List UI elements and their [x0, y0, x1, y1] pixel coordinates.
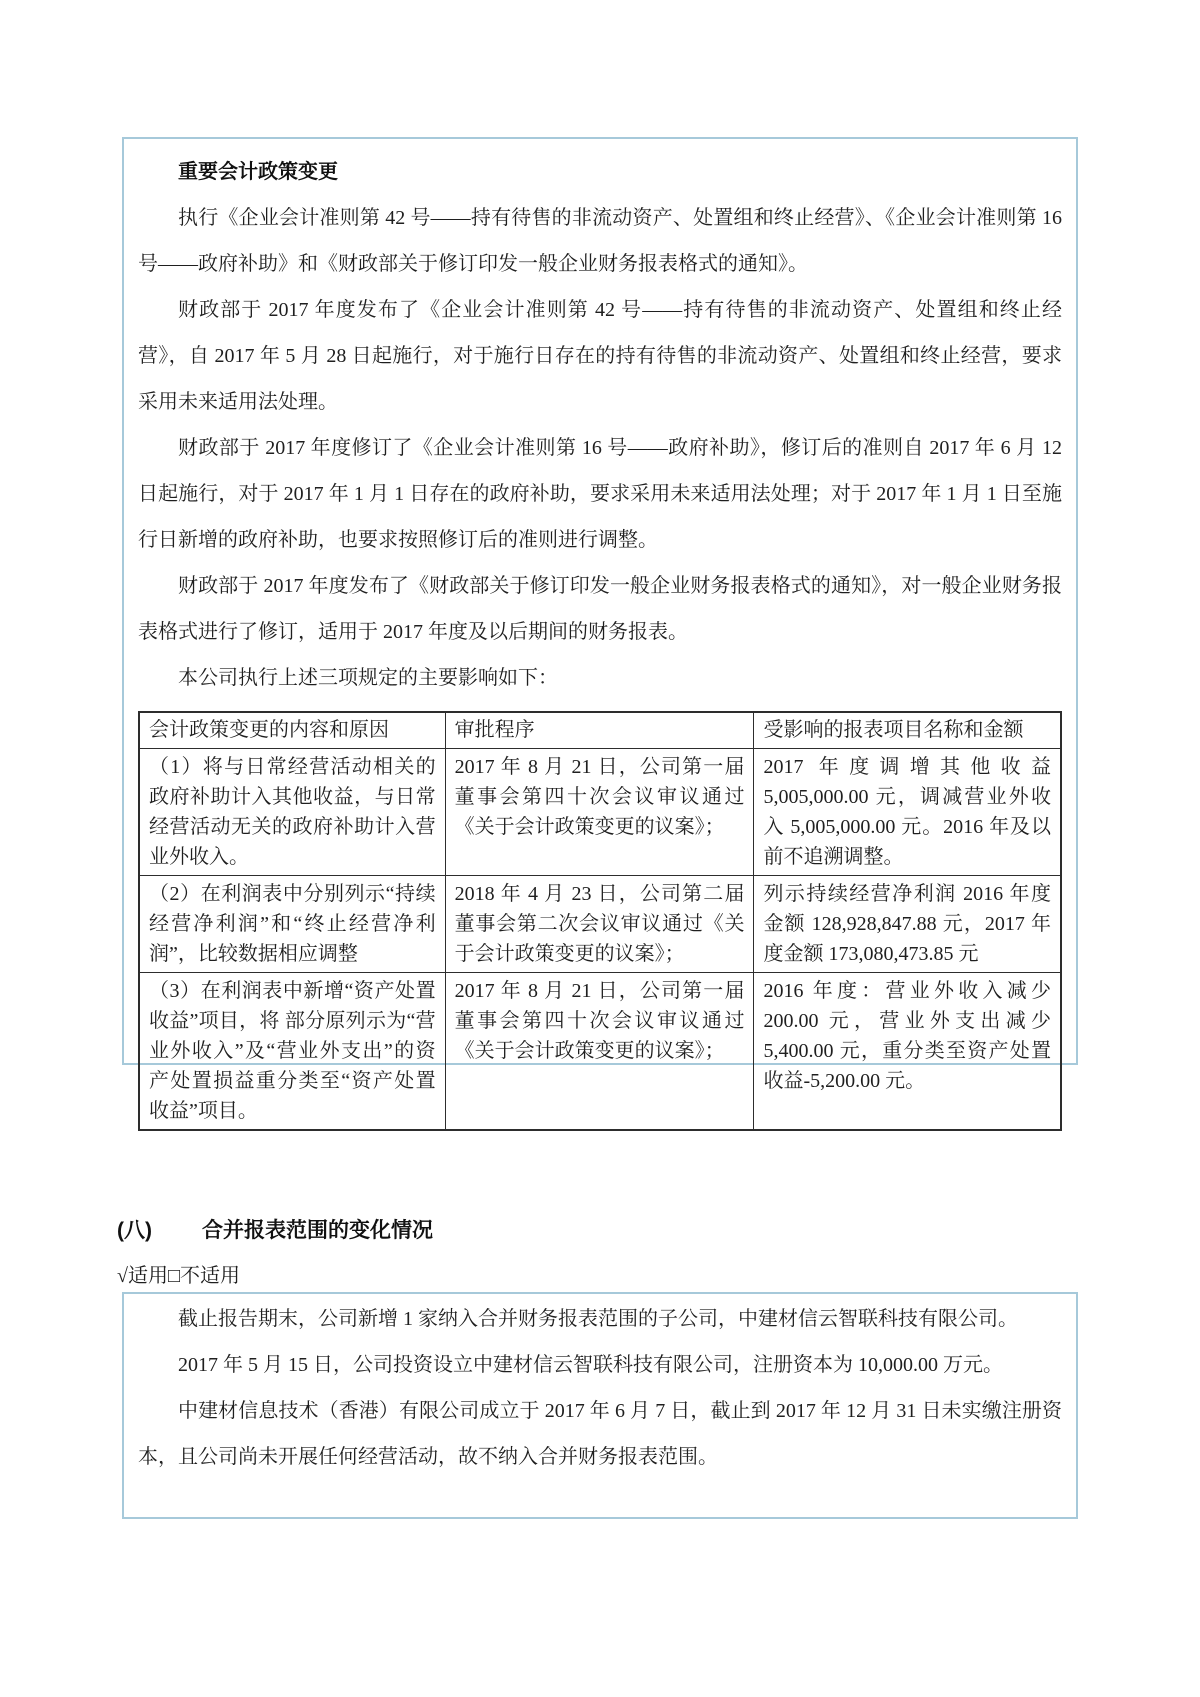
section-number: (八) [117, 1214, 152, 1244]
policy-paragraph-2: 财政部于 2017 年度发布了《企业会计准则第 42 号——持有待售的非流动资产… [138, 287, 1062, 425]
table-cell-content: （2）在利润表中分别列示“持续经营净利润”和“终止经营净利润”，比较数据相应调整 [139, 875, 445, 972]
policy-table-header-content: 会计政策变更的内容和原因 [139, 712, 445, 748]
table-cell-content: （3）在利润表中新增“资产处置收益”项目，将 部分原列示为“营业外收入”及“营业… [139, 972, 445, 1130]
table-row: （2）在利润表中分别列示“持续经营净利润”和“终止经营净利润”，比较数据相应调整… [139, 875, 1061, 972]
table-cell-impact: 2017 年度调增其他收益 5,005,000.00 元，调减营业外收入 5,0… [754, 748, 1061, 875]
scope-paragraph-3: 中建材信息技术（香港）有限公司成立于 2017 年 6 月 7 日，截止到 20… [138, 1388, 1062, 1480]
table-cell-content: （1）将与日常经营活动相关的政府补助计入其他收益，与日常经营活动无关的政府补助计… [139, 748, 445, 875]
policy-table-header-approval: 审批程序 [445, 712, 754, 748]
policy-change-table: 会计政策变更的内容和原因 审批程序 受影响的报表项目名称和金额 （1）将与日常经… [138, 711, 1062, 1131]
policy-paragraph-4: 财政部于 2017 年度发布了《财政部关于修订印发一般企业财务报表格式的通知》，… [138, 563, 1062, 655]
document-page: 重要会计政策变更 执行《企业会计准则第 42 号——持有待售的非流动资产、处置组… [0, 0, 1200, 1697]
table-cell-approval: 2018 年 4 月 23 日，公司第二届董事会第二次会议审议通过《关于会计政策… [445, 875, 754, 972]
table-cell-approval: 2017 年 8 月 21 日，公司第一届董事会第四十次会议审议通过《关于会计政… [445, 748, 754, 875]
table-row: （3）在利润表中新增“资产处置收益”项目，将 部分原列示为“营业外收入”及“营业… [139, 972, 1061, 1130]
applicability-line: √适用□不适用 [117, 1260, 240, 1292]
table-row: （1）将与日常经营活动相关的政府补助计入其他收益，与日常经营活动无关的政府补助计… [139, 748, 1061, 875]
section-heading: (八) 合并报表范围的变化情况 [117, 1214, 433, 1244]
table-cell-impact: 列示持续经营净利润 2016 年度金额 128,928,847.88 元，201… [754, 875, 1061, 972]
policy-box-title: 重要会计政策变更 [138, 149, 1062, 195]
policy-table-intro: 本公司执行上述三项规定的主要影响如下： [138, 655, 1062, 701]
policy-paragraph-3: 财政部于 2017 年度修订了《企业会计准则第 16 号——政府补助》，修订后的… [138, 425, 1062, 563]
section-title: 合并报表范围的变化情况 [202, 1214, 433, 1244]
scope-paragraph-1: 截止报告期末，公司新增 1 家纳入合并财务报表范围的子公司，中建材信云智联科技有… [138, 1296, 1062, 1342]
table-cell-approval: 2017 年 8 月 21 日，公司第一届董事会第四十次会议审议通过《关于会计政… [445, 972, 754, 1130]
consolidation-scope-box: 截止报告期末，公司新增 1 家纳入合并财务报表范围的子公司，中建材信云智联科技有… [122, 1292, 1078, 1519]
scope-paragraph-2: 2017 年 5 月 15 日，公司投资设立中建材信云智联科技有限公司，注册资本… [138, 1342, 1062, 1388]
table-cell-impact: 2016 年度：营业外收入减少 200.00 元，营业外支出减少 5,400.0… [754, 972, 1061, 1130]
policy-paragraph-1: 执行《企业会计准则第 42 号——持有待售的非流动资产、处置组和终止经营》、《企… [138, 195, 1062, 287]
policy-table-header-impact: 受影响的报表项目名称和金额 [754, 712, 1061, 748]
accounting-policy-change-box: 重要会计政策变更 执行《企业会计准则第 42 号——持有待售的非流动资产、处置组… [122, 137, 1078, 1065]
policy-table-header-row: 会计政策变更的内容和原因 审批程序 受影响的报表项目名称和金额 [139, 712, 1061, 748]
